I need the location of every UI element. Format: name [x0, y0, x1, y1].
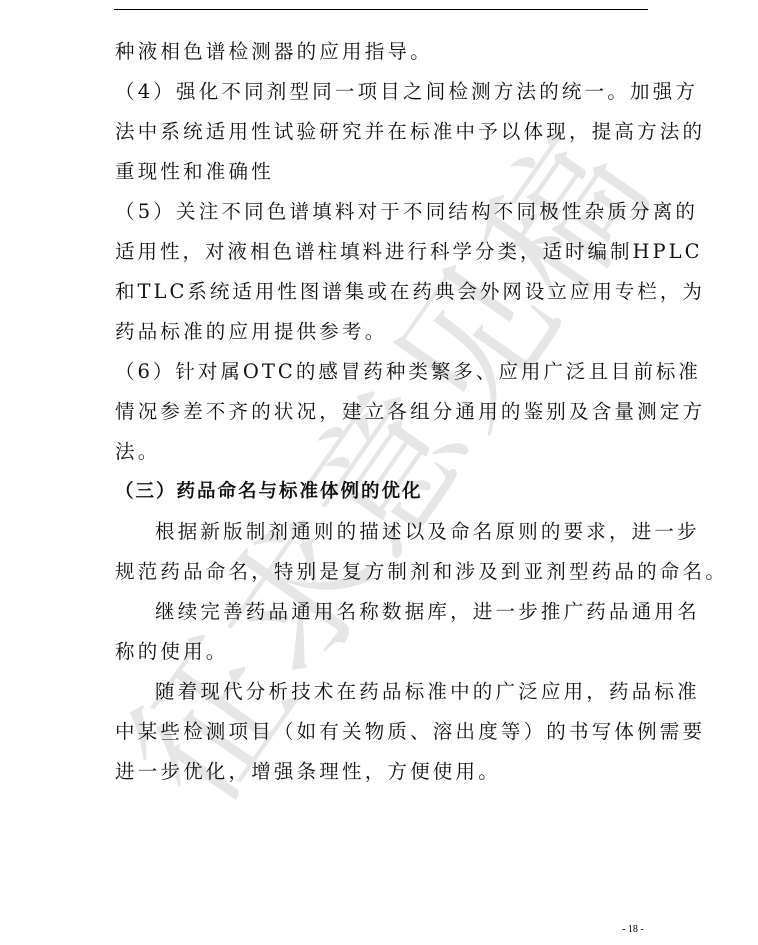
- document-page: 征求意见稿 种液相色谱检测器的应用指导。 （4）强化不同剂型同一项目之间检测方法…: [0, 0, 758, 945]
- paragraph-line: 继续完善药品通用名称数据库，进一步推广药品通用名: [115, 592, 655, 632]
- list-item-5-line: 和TLC系统适用性图谱集或在药典会外网设立应用专栏，为: [115, 272, 655, 312]
- paragraph-line: 进一步优化，增强条理性，方便使用。: [115, 752, 655, 792]
- paragraph-line: 规范药品命名，特别是复方制剂和涉及到亚剂型药品的命名。: [115, 552, 655, 592]
- list-item-6-line: 法。: [115, 432, 655, 472]
- list-item-5-line: 适用性，对液相色谱柱填料进行科学分类，适时编制HPLC: [115, 232, 655, 272]
- list-item-6-line: 情况参差不齐的状况，建立各组分通用的鉴别及含量测定方: [115, 392, 655, 432]
- paragraph-line: 中某些检测项目（如有关物质、溶出度等）的书写体例需要: [115, 712, 655, 752]
- list-item-6-line: （6）针对属OTC的感冒药种类繁多、应用广泛且目前标准: [115, 352, 655, 392]
- paragraph-line: 称的使用。: [115, 632, 655, 672]
- list-item-4-line: （4）强化不同剂型同一项目之间检测方法的统一。加强方: [115, 72, 655, 112]
- paragraph-line: 种液相色谱检测器的应用指导。: [115, 32, 655, 72]
- page-number: - 18 -: [622, 924, 644, 935]
- section-heading: （三）药品命名与标准体例的优化: [115, 472, 655, 512]
- list-item-5-line: （5）关注不同色谱填料对于不同结构不同极性杂质分离的: [115, 192, 655, 232]
- body-text: 种液相色谱检测器的应用指导。 （4）强化不同剂型同一项目之间检测方法的统一。加强…: [115, 32, 655, 792]
- paragraph-line: 随着现代分析技术在药品标准中的广泛应用，药品标准: [115, 672, 655, 712]
- list-item-4-line: 法中系统适用性试验研究并在标准中予以体现，提高方法的: [115, 112, 655, 152]
- header-rule: [114, 9, 648, 10]
- list-item-4-line: 重现性和准确性: [115, 152, 655, 192]
- paragraph-line: 根据新版制剂通则的描述以及命名原则的要求，进一步: [115, 512, 655, 552]
- list-item-5-line: 药品标准的应用提供参考。: [115, 312, 655, 352]
